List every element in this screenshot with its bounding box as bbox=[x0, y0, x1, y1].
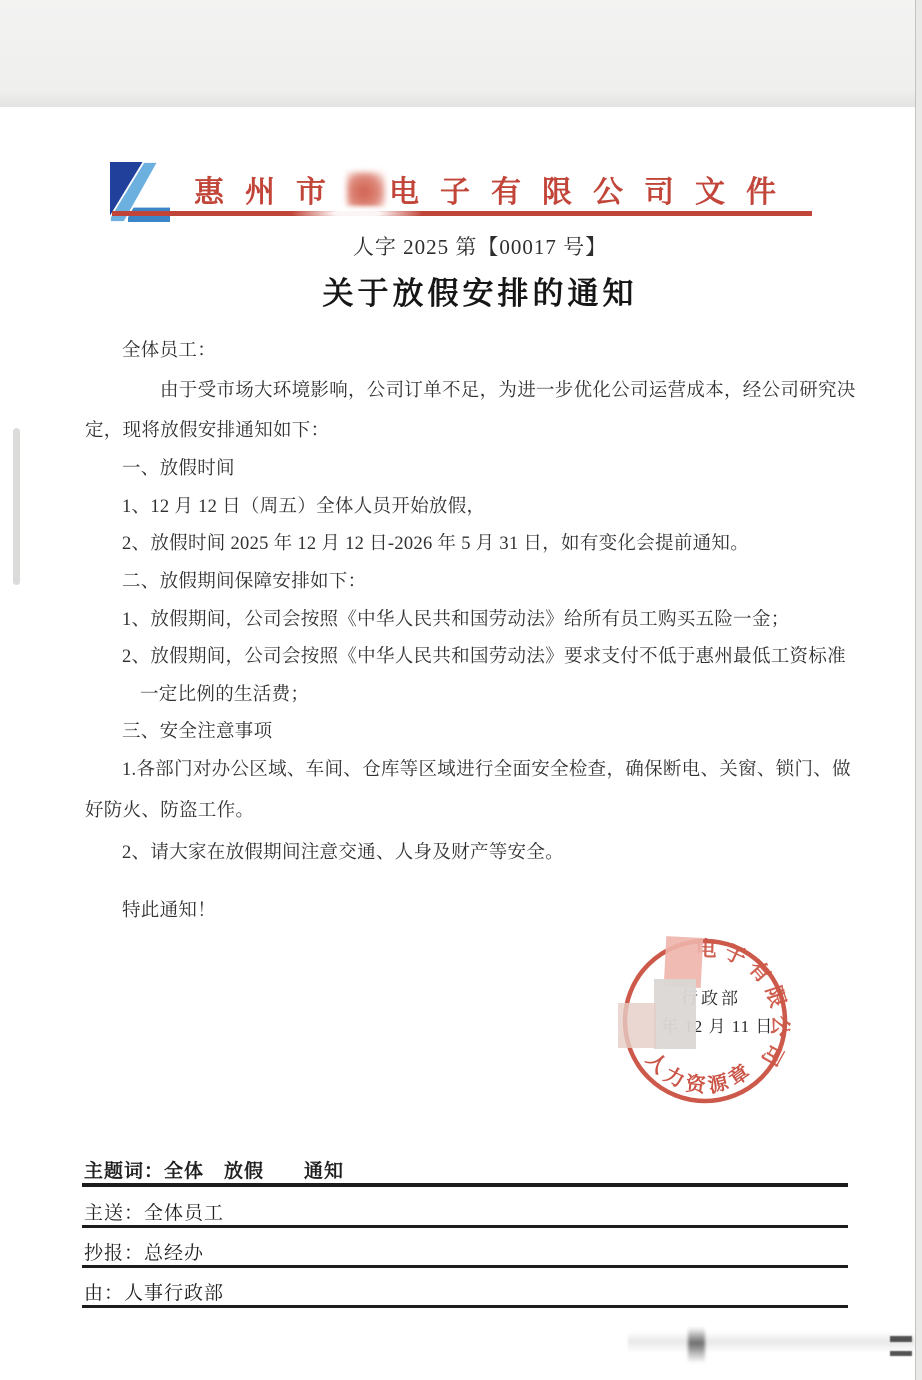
footer-value: 人事行政部 bbox=[124, 1283, 224, 1304]
body-line: 全体员工： bbox=[122, 336, 216, 362]
body-line: 1.各部门对办公区域、车间、仓库等区域进行全面安全检查，确保断电、关窗、锁门、做 bbox=[122, 755, 851, 781]
scroll-indicator[interactable] bbox=[13, 428, 20, 585]
footer-divider-line bbox=[82, 1225, 848, 1228]
body-line: 2、放假时间 2025 年 12 月 12 日-2026 年 5 月 31 日，… bbox=[122, 529, 749, 555]
document-number: 人字 2025 第【00017 号】 bbox=[0, 231, 922, 261]
scan-artifact bbox=[890, 1336, 912, 1342]
body-line: 1、放假期间，公司会按照《中华人民共和国劳动法》给所有员工购买五险一金； bbox=[122, 605, 790, 631]
footer-label: 由： bbox=[84, 1283, 124, 1304]
seal-redaction bbox=[654, 979, 696, 1049]
body-line: 由于受市场大环境影响，公司订单不足，为进一步优化公司运营成本，经公司研究决 bbox=[160, 376, 856, 402]
body-line: 定，现将放假安排通知如下： bbox=[85, 416, 329, 442]
footer-value: 全体员工 bbox=[144, 1203, 224, 1224]
official-seal: 电子有限公司 行政部 年 12 月 11 日 人力资源章 bbox=[618, 933, 796, 1111]
scan-artifact bbox=[628, 1332, 915, 1353]
header-divider-line bbox=[112, 211, 812, 216]
footer-row-cc: 抄报：总经办 bbox=[84, 1238, 204, 1265]
company-name-suffix: 电子有限公司文件 bbox=[389, 176, 797, 209]
body-line: 二、放假期间保障安排如下： bbox=[122, 567, 366, 593]
scanned-document-view: 惠州市电子有限公司文件 人字 2025 第【00017 号】 关于放假安排的通知… bbox=[0, 0, 922, 1380]
footer-divider-line bbox=[82, 1265, 848, 1268]
body-line: 2、请大家在放假期间注意交通、人身及财产等安全。 bbox=[122, 838, 564, 864]
divider-erase-smudge bbox=[292, 204, 422, 223]
company-name: 惠州市电子有限公司文件 bbox=[194, 167, 797, 213]
body-line: 一、放假时间 bbox=[122, 454, 235, 480]
body-line: 1、12 月 12 日（周五）全体人员开始放假， bbox=[122, 492, 485, 518]
footer-row-issuer: 由：人事行政部 bbox=[84, 1278, 224, 1305]
footer-value: 总经办 bbox=[144, 1243, 204, 1264]
scan-artifact bbox=[890, 1351, 912, 1356]
page-title: 关于放假安排的通知 bbox=[0, 268, 922, 313]
page-margin-top bbox=[0, 0, 922, 107]
footer-label: 主题词： bbox=[84, 1161, 164, 1182]
seal-redaction bbox=[618, 1003, 656, 1048]
body-line: 特此通知！ bbox=[122, 896, 216, 922]
footer-label: 抄报： bbox=[84, 1243, 144, 1264]
body-line: 三、安全注意事项 bbox=[122, 717, 272, 743]
body-line: 2、放假期间，公司会按照《中华人民共和国劳动法》要求支付不低于惠州最低工资标准 bbox=[122, 642, 846, 668]
footer-value: 全体 放假 通知 bbox=[164, 1161, 344, 1182]
body-line: 好防火、防盗工作。 bbox=[85, 796, 254, 822]
company-name-redaction bbox=[347, 172, 385, 208]
scan-artifact bbox=[688, 1327, 705, 1363]
footer-row-to: 主送：全体员工 bbox=[84, 1198, 224, 1225]
body-line: 一定比例的生活费； bbox=[140, 680, 309, 706]
page-edge-strip bbox=[915, 0, 922, 1380]
footer-row-subject: 主题词：全体 放假 通知 bbox=[84, 1156, 344, 1183]
footer-divider-line bbox=[82, 1305, 848, 1308]
footer-label: 主送： bbox=[84, 1203, 144, 1224]
footer-divider-line bbox=[82, 1183, 848, 1187]
